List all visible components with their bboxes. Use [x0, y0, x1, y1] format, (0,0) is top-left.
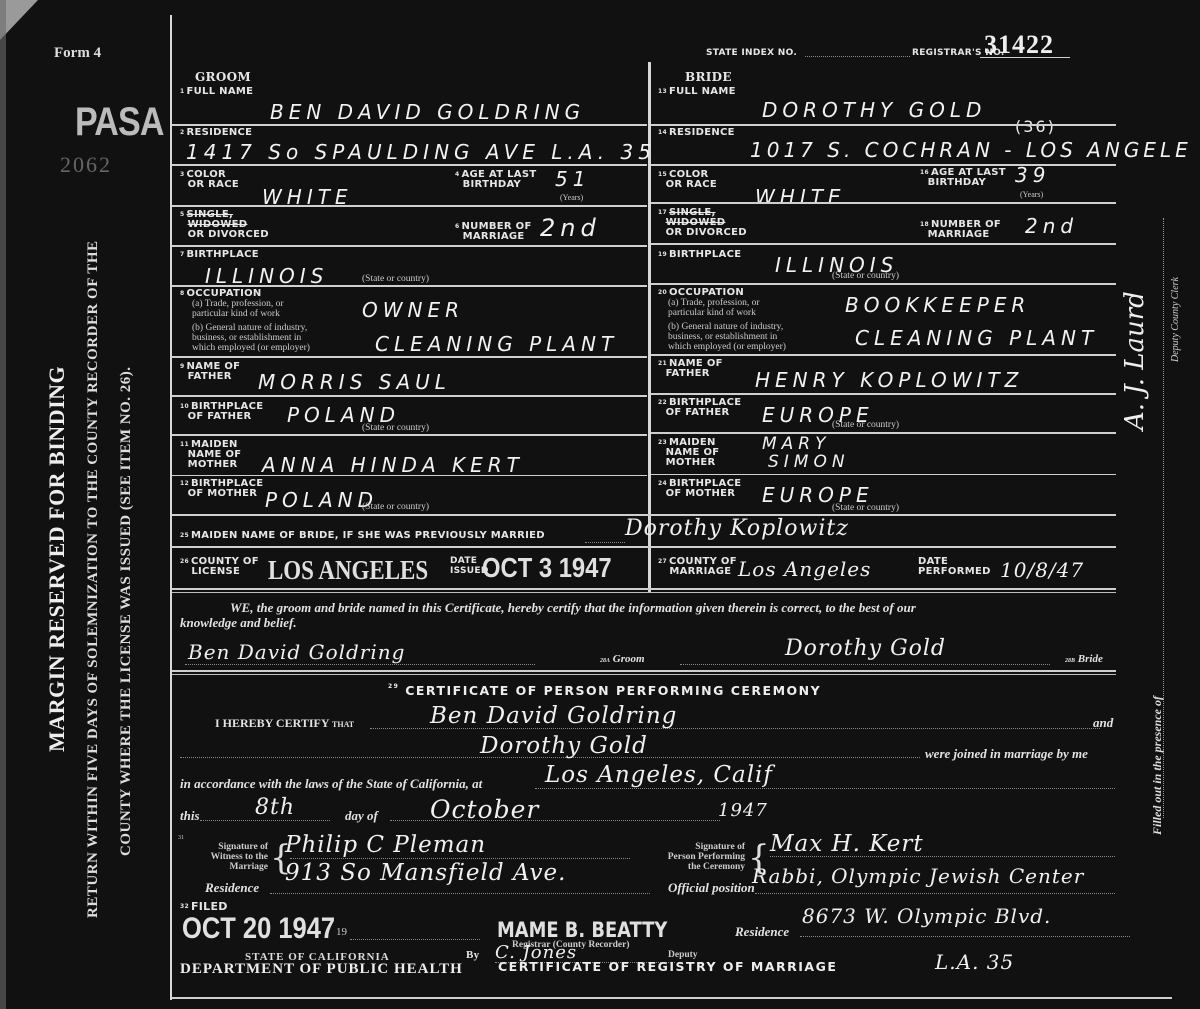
groom-mother-birthplace-label: 12BIRTHPLACE OF MOTHER — [180, 479, 263, 499]
witness-residence-line — [270, 893, 650, 894]
bride-age-label: 16AGE AT LAST BIRTHDAY — [920, 168, 1006, 188]
bride-occupation-label: 20OCCUPATION — [658, 288, 744, 298]
row-divider — [172, 395, 647, 397]
bride-age-unit: (Years) — [1020, 190, 1043, 200]
bride-full-name-value: DOROTHY GOLD — [762, 98, 986, 122]
certification-text-1: WE, the groom and bride named in this Ce… — [230, 600, 916, 616]
bride-name-annotation: (36) — [1015, 117, 1056, 136]
state-index-label: STATE INDEX NO. — [706, 48, 797, 58]
position-label: Official position — [668, 880, 755, 896]
bride-marriage-number-value: 2nd — [1025, 214, 1078, 238]
by-label: By — [466, 950, 479, 960]
row-divider — [172, 245, 647, 247]
officiant-residence-2: L.A. 35 — [935, 950, 1014, 974]
ceremony-month: October — [430, 795, 539, 824]
officiant-signature: Max H. Kert — [770, 831, 924, 857]
groom-age-value: 51 — [555, 167, 590, 191]
row-divider — [651, 474, 1116, 475]
margin-title: MARGIN RESERVED FOR BINDING — [44, 366, 70, 752]
row-divider — [172, 356, 647, 358]
place-line — [535, 788, 1115, 789]
groom-status-label: 5SINGLE, WIDOWED OR DIVORCED — [180, 210, 269, 240]
county-marriage-value: Los Angeles — [738, 557, 871, 581]
bride-signature-label: 28B Bride — [1065, 653, 1103, 665]
bride-occupation-a-value: BOOKKEEPER — [845, 293, 1030, 317]
ceremony-party-2: Dorothy Gold — [480, 733, 648, 759]
groom-age-unit: (Years) — [560, 193, 583, 203]
registrar-name: MAME B. BEATTY — [497, 918, 667, 942]
witness-label: Signature ofWitness to theMarriage — [180, 842, 268, 872]
bride-occupation-b-label: (b) General nature of industry,business,… — [668, 322, 786, 352]
groom-birthplace-hint: (State or country) — [362, 274, 429, 284]
position-line — [755, 893, 1115, 894]
filed-label: 32FILED — [180, 902, 228, 912]
groom-full-name-label: 1FULL NAME — [180, 87, 253, 97]
row-divider — [651, 432, 1116, 434]
position-value: Rabbi, Olympic Jewish Center — [752, 864, 1084, 888]
ceremony-party-1: Ben David Goldring — [430, 703, 677, 729]
groom-full-name-value: BEN DAVID GOLDRING — [270, 100, 585, 124]
bride-marriage-number-label: 18NUMBER OF MARRIAGE — [920, 220, 1001, 240]
row-divider — [172, 674, 1116, 675]
groom-marriage-number-value: 2nd — [540, 214, 601, 242]
bottom-border — [172, 997, 1172, 999]
presence-label: Filled out in the presence of — [1150, 696, 1165, 835]
bride-father-birthplace-hint: (State or country) — [832, 420, 899, 430]
groom-occupation-a-label: (a) Trade, profession, orparticular kind… — [192, 299, 284, 319]
groom-occupation-b-value: CLEANING PLANT — [375, 332, 618, 356]
groom-father-birthplace-hint: (State or country) — [362, 423, 429, 433]
day-of-label: day of — [345, 808, 378, 824]
groom-occupation-a-value: OWNER — [362, 298, 464, 322]
row-divider — [651, 243, 1116, 245]
maiden-name-label: 25MAIDEN NAME OF BRIDE, IF SHE WAS PREVI… — [180, 531, 545, 541]
this-label: this — [180, 808, 200, 824]
joined-label: were joined in marriage by me — [925, 746, 1088, 762]
bride-signature-line — [680, 664, 1050, 665]
groom-occupation-b-label: (b) General nature of industry,business,… — [192, 323, 310, 353]
certificate-title: CERTIFICATE OF REGISTRY OF MARRIAGE — [498, 959, 837, 974]
row-divider — [172, 124, 647, 126]
and-label: and — [1093, 715, 1113, 731]
bride-residence-value: 1017 S. COCHRAN - LOS ANGELE — [750, 138, 1192, 162]
county-license-value: LOS ANGELES — [268, 555, 428, 586]
row-divider — [651, 283, 1116, 285]
bride-signature: Dorothy Gold — [785, 636, 946, 661]
row-divider — [172, 588, 1116, 590]
page-edge — [0, 0, 6, 1009]
groom-residence-value: 1417 So SPAULDING AVE L.A. 35 — [186, 140, 656, 164]
bride-mother-value-first: MARY — [762, 434, 831, 454]
filed-line — [350, 939, 480, 940]
bride-father-birthplace-label: 22BIRTHPLACE OF FATHER — [658, 398, 741, 418]
bride-birthplace-hint: (State or country) — [832, 271, 899, 281]
column-divider — [648, 548, 651, 588]
groom-mother-label: 11MAIDEN NAME OF MOTHER — [180, 440, 241, 470]
bride-status-label: 17SINGLE, WIDOWED OR DIVORCED — [658, 208, 747, 238]
witness-signature-line — [290, 858, 630, 859]
ceremony-title: 29 CERTIFICATE OF PERSON PERFORMING CERE… — [388, 683, 821, 698]
date-performed-value: 10/8/47 — [1000, 558, 1084, 582]
maiden-name-value: Dorothy Koplowitz — [625, 516, 849, 541]
county-marriage-label: 27COUNTY OF MARRIAGE — [658, 557, 737, 577]
ceremony-day: 8th — [255, 795, 295, 820]
bride-heading: BRIDE — [685, 72, 732, 82]
row-divider — [172, 546, 1116, 548]
row-divider — [172, 285, 647, 287]
row-divider — [651, 354, 1116, 356]
clerk-signature: A. J. Laurd — [1120, 291, 1150, 430]
row-divider — [172, 592, 1116, 593]
department-label: DEPARTMENT OF PUBLIC HEALTH — [180, 961, 463, 978]
officiant-residence-label: Residence — [735, 924, 789, 940]
groom-occupation-label: 8OCCUPATION — [180, 289, 262, 299]
bride-mother-birthplace-hint: (State or country) — [832, 503, 899, 513]
bride-mother-birthplace-label: 24BIRTHPLACE OF MOTHER — [658, 479, 741, 499]
laws-label: in accordance with the laws of the State… — [180, 776, 482, 792]
certification-text-2: knowledge and belief. — [180, 615, 297, 631]
groom-birthplace-label: 7BIRTHPLACE — [180, 250, 259, 260]
officiant-residence-line — [800, 936, 1130, 937]
groom-father-label: 9NAME OF FATHER — [180, 362, 240, 382]
state-index-line — [805, 56, 910, 57]
bride-mother-label: 23MAIDEN NAME OF MOTHER — [658, 438, 719, 468]
groom-father-birthplace-label: 10BIRTHPLACE OF FATHER — [180, 402, 263, 422]
witness-residence-label: Residence — [205, 880, 259, 896]
officiant-label: Signature ofPerson Performingthe Ceremon… — [645, 842, 745, 872]
day-line — [200, 820, 330, 821]
row-divider — [651, 393, 1116, 395]
bride-age-value: 39 — [1015, 163, 1050, 187]
ceremony-place: Los Angeles, Calif — [545, 762, 773, 788]
row-divider — [172, 434, 647, 436]
bride-father-value: HENRY KOPLOWITZ — [755, 368, 1023, 392]
groom-age-label: 4AGE AT LAST BIRTHDAY — [455, 170, 536, 190]
bride-mother-value-last: SIMON — [768, 452, 850, 472]
row-divider — [651, 124, 1116, 126]
groom-heading: GROOM — [195, 72, 251, 82]
bride-father-label: 21NAME OF FATHER — [658, 359, 723, 379]
bride-occupation-a-label: (a) Trade, profession, orparticular kind… — [668, 298, 760, 318]
bride-residence-label: 14RESIDENCE — [658, 128, 735, 138]
groom-father-value: MORRIS SAUL — [258, 370, 451, 394]
registrar-underline — [980, 57, 1070, 58]
groom-signature: Ben David Goldring — [188, 640, 405, 664]
officiant-residence: 8673 W. Olympic Blvd. — [802, 904, 1051, 928]
row-divider — [172, 670, 1116, 672]
bride-full-name-label: 13FULL NAME — [658, 87, 736, 97]
filed-date: OCT 20 1947 — [182, 912, 335, 946]
groom-color-label: 3COLOR OR RACE — [180, 170, 239, 190]
witness-signature: Philip C Pleman — [285, 832, 486, 858]
marriage-certificate: Form 4 PASA 2062 MARGIN RESERVED FOR BIN… — [0, 0, 1200, 1009]
frame-left-border — [170, 15, 172, 1000]
bride-color-value: WHITE — [755, 185, 846, 209]
groom-residence-label: 2RESIDENCE — [180, 128, 252, 138]
stamp-number: 2062 — [60, 152, 112, 178]
maiden-name-line — [585, 542, 625, 543]
filed-nineteen: 19 — [336, 927, 347, 937]
row-divider — [172, 205, 647, 207]
registrar-number: 31422 — [984, 30, 1054, 60]
bride-color-label: 15COLOR OR RACE — [658, 170, 717, 190]
bride-occupation-b-value: CLEANING PLANT — [855, 326, 1098, 350]
groom-mother-birthplace-hint: (State or country) — [362, 502, 429, 512]
row-divider — [172, 164, 647, 166]
row-divider — [651, 202, 1116, 204]
witness-residence: 913 So Mansfield Ave. — [285, 860, 566, 886]
date-issued-value: OCT 3 1947 — [482, 552, 612, 584]
ceremony-year: 1947 — [718, 800, 768, 821]
certify-label: I HEREBY CERTIFY that — [215, 716, 354, 731]
stamp-text: PASA — [75, 100, 164, 145]
clerk-label: Deputy County Clerk — [1170, 277, 1181, 362]
row-divider — [172, 475, 647, 476]
form-number: Form 4 — [54, 45, 101, 62]
groom-signature-label: 28A Groom — [600, 653, 645, 665]
margin-instruction-2: COUNTY WHERE THE LICENSE WAS ISSUED (SEE… — [118, 367, 135, 856]
groom-marriage-number-label: 6NUMBER OF MARRIAGE — [455, 222, 532, 242]
county-license-label: 26COUNTY OF LICENSE — [180, 557, 259, 577]
bride-birthplace-label: 19BIRTHPLACE — [658, 250, 741, 260]
margin-instruction-1: RETURN WITHIN FIVE DAYS OF SOLEMNIZATION… — [85, 241, 102, 919]
date-performed-label: DATEPERFORMED — [918, 557, 991, 577]
groom-mother-value: ANNA HINDA KERT — [262, 453, 524, 477]
officiant-signature-line — [770, 856, 1115, 857]
groom-signature-line — [185, 664, 535, 665]
